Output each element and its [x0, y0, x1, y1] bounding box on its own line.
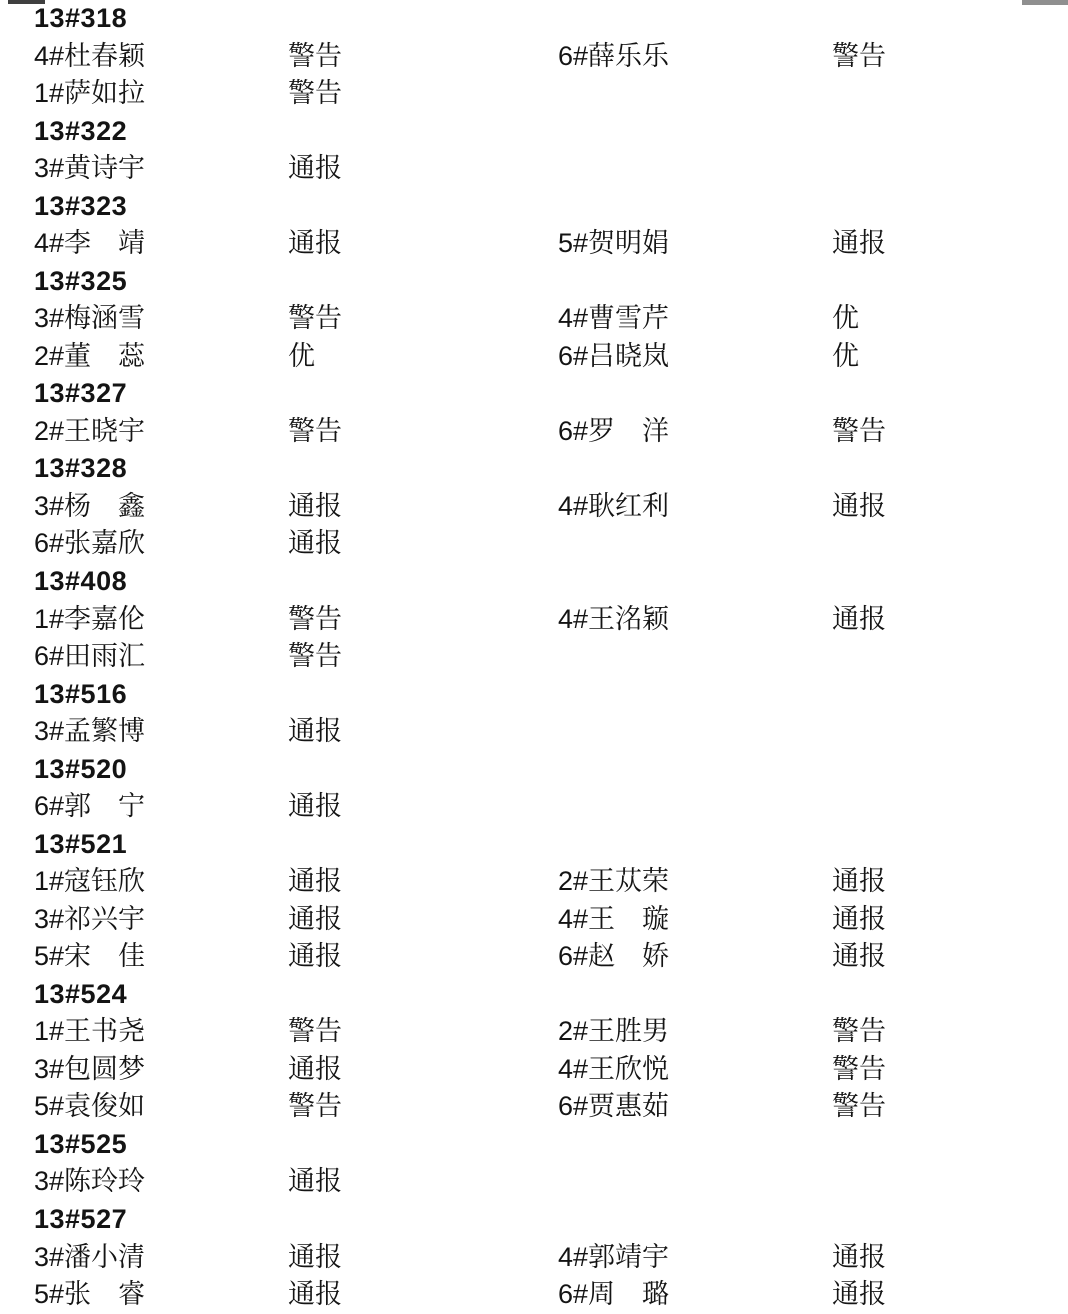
status-label: 警告 — [832, 1088, 1068, 1126]
student-name: 3#陈玲玲 — [34, 1163, 288, 1201]
status-label: 通报 — [288, 863, 558, 901]
student-row: 6#郭 宁通报 — [0, 788, 1068, 826]
student-row: 6#田雨汇警告 — [0, 638, 1068, 676]
student-name: 6#薛乐乐 — [558, 38, 832, 76]
status-label: 警告 — [832, 38, 1068, 76]
student-name: 1#李嘉伦 — [34, 601, 288, 639]
student-name: 6#张嘉欣 — [34, 525, 288, 563]
status-label: 通报 — [832, 225, 1068, 263]
room-inspection-list: 13#3184#杜春颖警告6#薛乐乐警告1#萨如拉警告13#3223#黄诗宇通报… — [0, 0, 1068, 1314]
student-name: 5#贺明娟 — [558, 225, 832, 263]
student-row: 3#黄诗宇通报 — [0, 150, 1068, 188]
student-name: 2#王胜男 — [558, 1013, 832, 1051]
student-name: 3#黄诗宇 — [34, 150, 288, 188]
student-name: 5#袁俊如 — [34, 1088, 288, 1126]
student-name: 6#周 璐 — [558, 1276, 832, 1314]
status-label: 通报 — [832, 488, 1068, 526]
student-row: 1#李嘉伦警告4#王洺颖通报 — [0, 601, 1068, 639]
student-name: 2#王苁荣 — [558, 863, 832, 901]
student-row: 4#杜春颖警告6#薛乐乐警告 — [0, 38, 1068, 76]
student-row: 5#袁俊如警告6#贾惠茹警告 — [0, 1088, 1068, 1126]
student-name: 1#寇钰欣 — [34, 863, 288, 901]
student-row: 1#王书尧警告2#王胜男警告 — [0, 1013, 1068, 1051]
status-label: 警告 — [288, 413, 558, 451]
status-label: 通报 — [832, 601, 1068, 639]
student-name: 4#杜春颖 — [34, 38, 288, 76]
student-row: 2#王晓宇警告6#罗 洋警告 — [0, 413, 1068, 451]
room-number-header: 13#516 — [0, 676, 1068, 714]
room-number-header: 13#408 — [0, 563, 1068, 601]
status-label: 警告 — [288, 1088, 558, 1126]
status-label: 通报 — [832, 901, 1068, 939]
student-row: 2#董 蕊优6#吕晓岚优 — [0, 338, 1068, 376]
status-label: 通报 — [288, 1051, 558, 1089]
room-number-header: 13#318 — [0, 0, 1068, 38]
status-label: 通报 — [288, 901, 558, 939]
student-name: 3#孟繁博 — [34, 713, 288, 751]
student-name: 3#潘小清 — [34, 1239, 288, 1277]
room-number-header: 13#520 — [0, 751, 1068, 789]
status-label: 警告 — [832, 1013, 1068, 1051]
status-label: 警告 — [288, 38, 558, 76]
student-name: 3#祁兴宇 — [34, 901, 288, 939]
status-label: 警告 — [288, 638, 558, 676]
student-name: 4#曹雪芹 — [558, 300, 832, 338]
student-name: 6#赵 娇 — [558, 938, 832, 976]
student-row: 3#杨 鑫通报4#耿红利通报 — [0, 488, 1068, 526]
room-number-header: 13#524 — [0, 976, 1068, 1014]
student-row: 1#寇钰欣通报2#王苁荣通报 — [0, 863, 1068, 901]
student-row: 5#张 睿通报6#周 璐通报 — [0, 1276, 1068, 1314]
status-label: 警告 — [288, 75, 558, 113]
room-number-header: 13#322 — [0, 113, 1068, 151]
status-label: 优 — [288, 338, 558, 376]
status-label: 通报 — [288, 1276, 558, 1314]
student-name: 3#包圆梦 — [34, 1051, 288, 1089]
status-label: 通报 — [288, 938, 558, 976]
student-row: 3#陈玲玲通报 — [0, 1163, 1068, 1201]
room-number-header: 13#323 — [0, 188, 1068, 226]
status-label: 通报 — [288, 525, 558, 563]
student-row: 3#祁兴宇通报4#王 璇通报 — [0, 901, 1068, 939]
student-name: 6#郭 宁 — [34, 788, 288, 826]
status-label: 通报 — [832, 1276, 1068, 1314]
student-name: 6#贾惠茹 — [558, 1088, 832, 1126]
status-label: 警告 — [832, 1051, 1068, 1089]
student-name: 5#宋 佳 — [34, 938, 288, 976]
room-number-header: 13#521 — [0, 826, 1068, 864]
room-number-header: 13#527 — [0, 1201, 1068, 1239]
status-label: 警告 — [288, 1013, 558, 1051]
student-row: 6#张嘉欣通报 — [0, 525, 1068, 563]
student-name: 4#李 靖 — [34, 225, 288, 263]
student-row: 3#潘小清通报4#郭靖宇通报 — [0, 1239, 1068, 1277]
dorm-inspection-document: 13#3184#杜春颖警告6#薛乐乐警告1#萨如拉警告13#3223#黄诗宇通报… — [0, 0, 1068, 1314]
student-name: 1#萨如拉 — [34, 75, 288, 113]
status-label: 警告 — [832, 413, 1068, 451]
student-name: 6#田雨汇 — [34, 638, 288, 676]
student-row: 4#李 靖通报5#贺明娟通报 — [0, 225, 1068, 263]
student-name: 2#董 蕊 — [34, 338, 288, 376]
student-name: 4#郭靖宇 — [558, 1239, 832, 1277]
status-label: 优 — [832, 338, 1068, 376]
status-label: 通报 — [288, 150, 558, 188]
status-label: 通报 — [288, 713, 558, 751]
room-number-header: 13#325 — [0, 263, 1068, 301]
status-label: 警告 — [288, 601, 558, 639]
student-row: 1#萨如拉警告 — [0, 75, 1068, 113]
student-name: 2#王晓宇 — [34, 413, 288, 451]
student-name: 5#张 睿 — [34, 1276, 288, 1314]
student-name: 4#耿红利 — [558, 488, 832, 526]
student-name: 4#王 璇 — [558, 901, 832, 939]
status-label: 通报 — [288, 788, 558, 826]
student-name: 4#王洺颖 — [558, 601, 832, 639]
status-label: 通报 — [288, 1163, 558, 1201]
student-row: 5#宋 佳通报6#赵 娇通报 — [0, 938, 1068, 976]
status-label: 通报 — [832, 1239, 1068, 1277]
status-label: 通报 — [288, 1239, 558, 1277]
room-number-header: 13#327 — [0, 375, 1068, 413]
status-label: 通报 — [288, 225, 558, 263]
status-label: 优 — [832, 300, 1068, 338]
student-name: 4#王欣悦 — [558, 1051, 832, 1089]
room-number-header: 13#328 — [0, 450, 1068, 488]
status-label: 警告 — [288, 300, 558, 338]
status-label: 通报 — [832, 938, 1068, 976]
room-number-header: 13#525 — [0, 1126, 1068, 1164]
student-name: 1#王书尧 — [34, 1013, 288, 1051]
student-name: 3#杨 鑫 — [34, 488, 288, 526]
student-name: 3#梅涵雪 — [34, 300, 288, 338]
student-row: 3#梅涵雪警告4#曹雪芹优 — [0, 300, 1068, 338]
student-row: 3#包圆梦通报4#王欣悦警告 — [0, 1051, 1068, 1089]
status-label: 通报 — [288, 488, 558, 526]
student-row: 3#孟繁博通报 — [0, 713, 1068, 751]
student-name: 6#吕晓岚 — [558, 338, 832, 376]
status-label: 通报 — [832, 863, 1068, 901]
student-name: 6#罗 洋 — [558, 413, 832, 451]
